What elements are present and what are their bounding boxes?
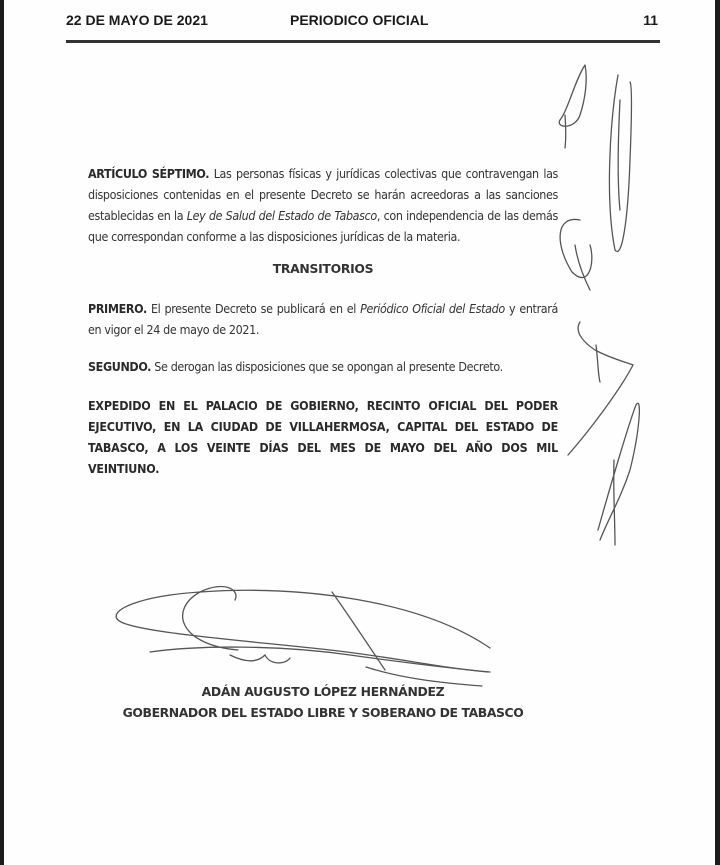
- margin-signature-2: [609, 75, 631, 252]
- margin-signature-3: [560, 219, 592, 290]
- margin-signature-5: [598, 403, 639, 545]
- handwritten-signatures: [0, 0, 720, 865]
- governor-signature: [116, 587, 490, 686]
- margin-signature-1: [559, 65, 586, 148]
- margin-signature-4: [568, 322, 633, 455]
